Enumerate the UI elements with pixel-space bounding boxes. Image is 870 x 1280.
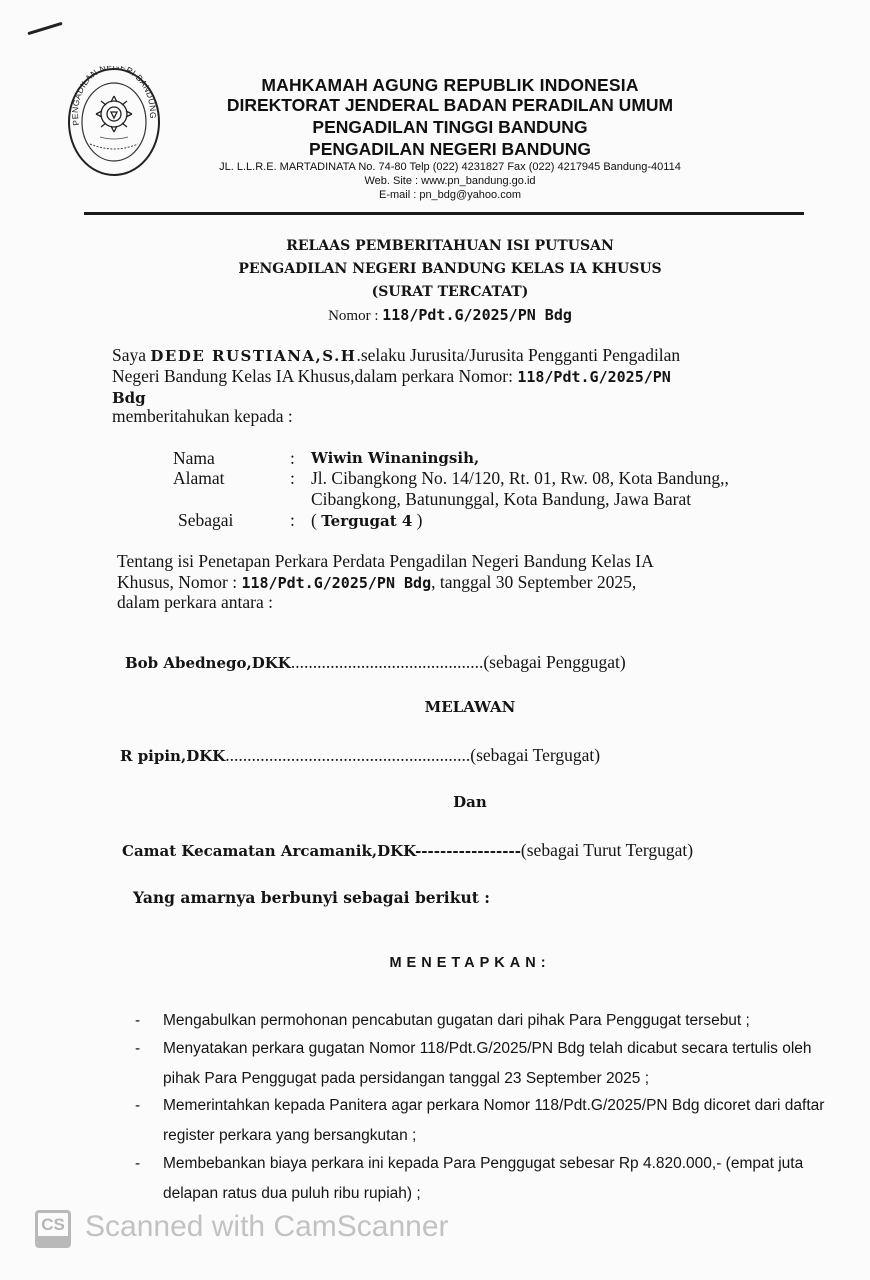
document-number: Nomor : 118/Pdt.G/2025/PN Bdg: [170, 306, 730, 325]
recipient-address-colon: :: [290, 468, 295, 489]
tentang-nomor-label: Khusus, Nomor :: [117, 572, 241, 592]
ruling-heading: MENETAPKAN:: [120, 955, 820, 971]
document-number-label: Nomor :: [328, 308, 382, 324]
versus-heading: MELAWAN: [120, 698, 820, 717]
intro-line-1: Saya DEDE RUSTIANA,S.H.selaku Jurusita/J…: [112, 345, 782, 366]
plaintiff-line: Bob Abednego,DKK........................…: [125, 652, 626, 673]
intro-line-2: Negeri Bandung Kelas IA Khusus,dalam per…: [112, 366, 782, 387]
recipient-name: Wiwin Winaningsih,: [311, 449, 479, 467]
document-title-line-3: (SURAT TERCATAT): [170, 284, 730, 300]
recipient-role-label: Sebagai: [178, 510, 233, 531]
bailiff-name: DEDE RUSTIANA,S.H: [150, 347, 356, 365]
amar-intro: Yang amarnya berbunyi sebagai berikut :: [133, 887, 490, 908]
and-heading: Dan: [120, 793, 820, 812]
defendant-name: R pipin,DKK: [120, 747, 225, 765]
document-page: PENGADILAN NEGERI BANDUNG MAHKAMAH AGUNG…: [0, 0, 870, 1280]
letterhead-line-4: PENGADILAN NEGERI BANDUNG: [170, 139, 730, 160]
court-seal-logo: PENGADILAN NEGERI BANDUNG: [66, 66, 162, 178]
recipient-name-label: Nama: [173, 448, 215, 469]
intro-saya: Saya: [112, 345, 150, 365]
document-number-value: 118/Pdt.G/2025/PN Bdg: [382, 306, 572, 324]
recipient-role-colon: :: [290, 510, 295, 531]
recipient-name-value: Wiwin Winaningsih,: [311, 447, 791, 469]
tentang-line-2: Khusus, Nomor : 118/Pdt.G/2025/PN Bdg, t…: [117, 572, 787, 593]
bailiff-role: .selaku Jurusita/Jurusita Pengganti Peng…: [356, 345, 680, 365]
ruling-bullet: -: [135, 1149, 163, 1179]
ruling-item-2: - Menyatakan perkara gugatan Nomor 118/P…: [135, 1034, 835, 1094]
co-defendant-leader: -----------------: [415, 842, 521, 860]
letterhead-line-2: DIREKTORAT JENDERAL BADAN PERADILAN UMUM: [170, 95, 730, 116]
recipient-address-line-1: Jl. Cibangkong No. 14/120, Rt. 01, Rw. 0…: [311, 468, 791, 489]
co-defendant-role: (sebagai Turut Tergugat): [521, 840, 693, 860]
plaintiff-role: (sebagai Penggugat): [483, 652, 625, 672]
recipient-role: Tergugat 4: [321, 512, 412, 530]
tentang-line-1: Tentang isi Penetapan Perkara Perdata Pe…: [117, 551, 787, 571]
intro-line-2-text: Negeri Bandung Kelas IA Khusus,dalam per…: [112, 366, 517, 386]
intro-case-number-suffix: Bdg: [112, 389, 146, 407]
ruling-item-text: Memerintahkan kepada Panitera agar perka…: [163, 1091, 835, 1151]
defendant-leader: ........................................…: [225, 745, 470, 765]
recipient-address-label: Alamat: [173, 468, 225, 489]
amar-intro-text: Yang amarnya berbunyi sebagai berikut :: [133, 888, 490, 907]
ruling-item-text: Mengabulkan permohonan pencabutan gugata…: [163, 1006, 835, 1036]
document-title-line-1: RELAAS PEMBERITAHUAN ISI PUTUSAN: [170, 238, 730, 254]
camscanner-text: Scanned with CamScanner: [85, 1210, 449, 1244]
letterhead-divider: [84, 212, 804, 215]
letterhead-address: JL. L.L.R.E. MARTADINATA No. 74-80 Telp …: [170, 161, 730, 173]
ruling-bullet: -: [135, 1006, 163, 1036]
intro-line-4: memberitahukan kepada :: [112, 406, 782, 426]
recipient-role-value: ( Tergugat 4 ): [311, 510, 791, 532]
plaintiff-name: Bob Abednego,DKK: [125, 654, 291, 672]
ruling-item-3: - Memerintahkan kepada Panitera agar per…: [135, 1091, 835, 1151]
role-paren-open: (: [311, 510, 321, 530]
letterhead-line-3: PENGADILAN TINGGI BANDUNG: [170, 117, 730, 138]
letterhead-line-1: MAHKAMAH AGUNG REPUBLIK INDONESIA: [170, 75, 730, 96]
co-defendant-line: Camat Kecamatan Arcamanik,DKK-----------…: [122, 840, 693, 861]
ruling-item-text: Menyatakan perkara gugatan Nomor 118/Pdt…: [163, 1034, 835, 1094]
intro-line-3: Bdg: [112, 387, 782, 408]
and-text: Dan: [453, 793, 487, 811]
recipient-address-line-2: Cibangkong, Batununggal, Kota Bandung, J…: [311, 489, 791, 510]
letterhead-website: Web. Site : www.pn_bandung.go.id: [170, 175, 730, 187]
ruling-item-4: - Membebankan biaya perkara ini kepada P…: [135, 1149, 835, 1209]
tentang-case-number: 118/Pdt.G/2025/PN Bdg: [241, 574, 431, 592]
role-paren-close: ): [412, 510, 422, 530]
defendant-role: (sebagai Tergugat): [470, 745, 600, 765]
tentang-line-3: dalam perkara antara :: [117, 592, 787, 612]
ruling-item-1: - Mengabulkan permohonan pencabutan guga…: [135, 1006, 835, 1036]
intro-case-number: 118/Pdt.G/2025/PN: [517, 368, 671, 386]
tentang-date: , tanggal 30 September 2025,: [431, 572, 636, 592]
letterhead-email: E-mail : pn_bdg@yahoo.com: [170, 189, 730, 201]
co-defendant-name: Camat Kecamatan Arcamanik,DKK: [122, 842, 415, 860]
document-title-line-2: PENGADILAN NEGERI BANDUNG KELAS IA KHUSU…: [170, 261, 730, 277]
ruling-bullet: -: [135, 1034, 163, 1064]
plaintiff-leader: ........................................…: [291, 652, 484, 672]
recipient-name-colon: :: [290, 448, 295, 469]
ruling-item-text: Membebankan biaya perkara ini kepada Par…: [163, 1149, 835, 1209]
camscanner-logo-icon: CS: [35, 1210, 71, 1248]
versus-text: MELAWAN: [425, 698, 516, 716]
ruling-bullet: -: [135, 1091, 163, 1121]
defendant-line: R pipin,DKK.............................…: [120, 745, 600, 766]
camscanner-logo-text: CS: [38, 1215, 68, 1235]
pen-mark: [27, 22, 62, 35]
